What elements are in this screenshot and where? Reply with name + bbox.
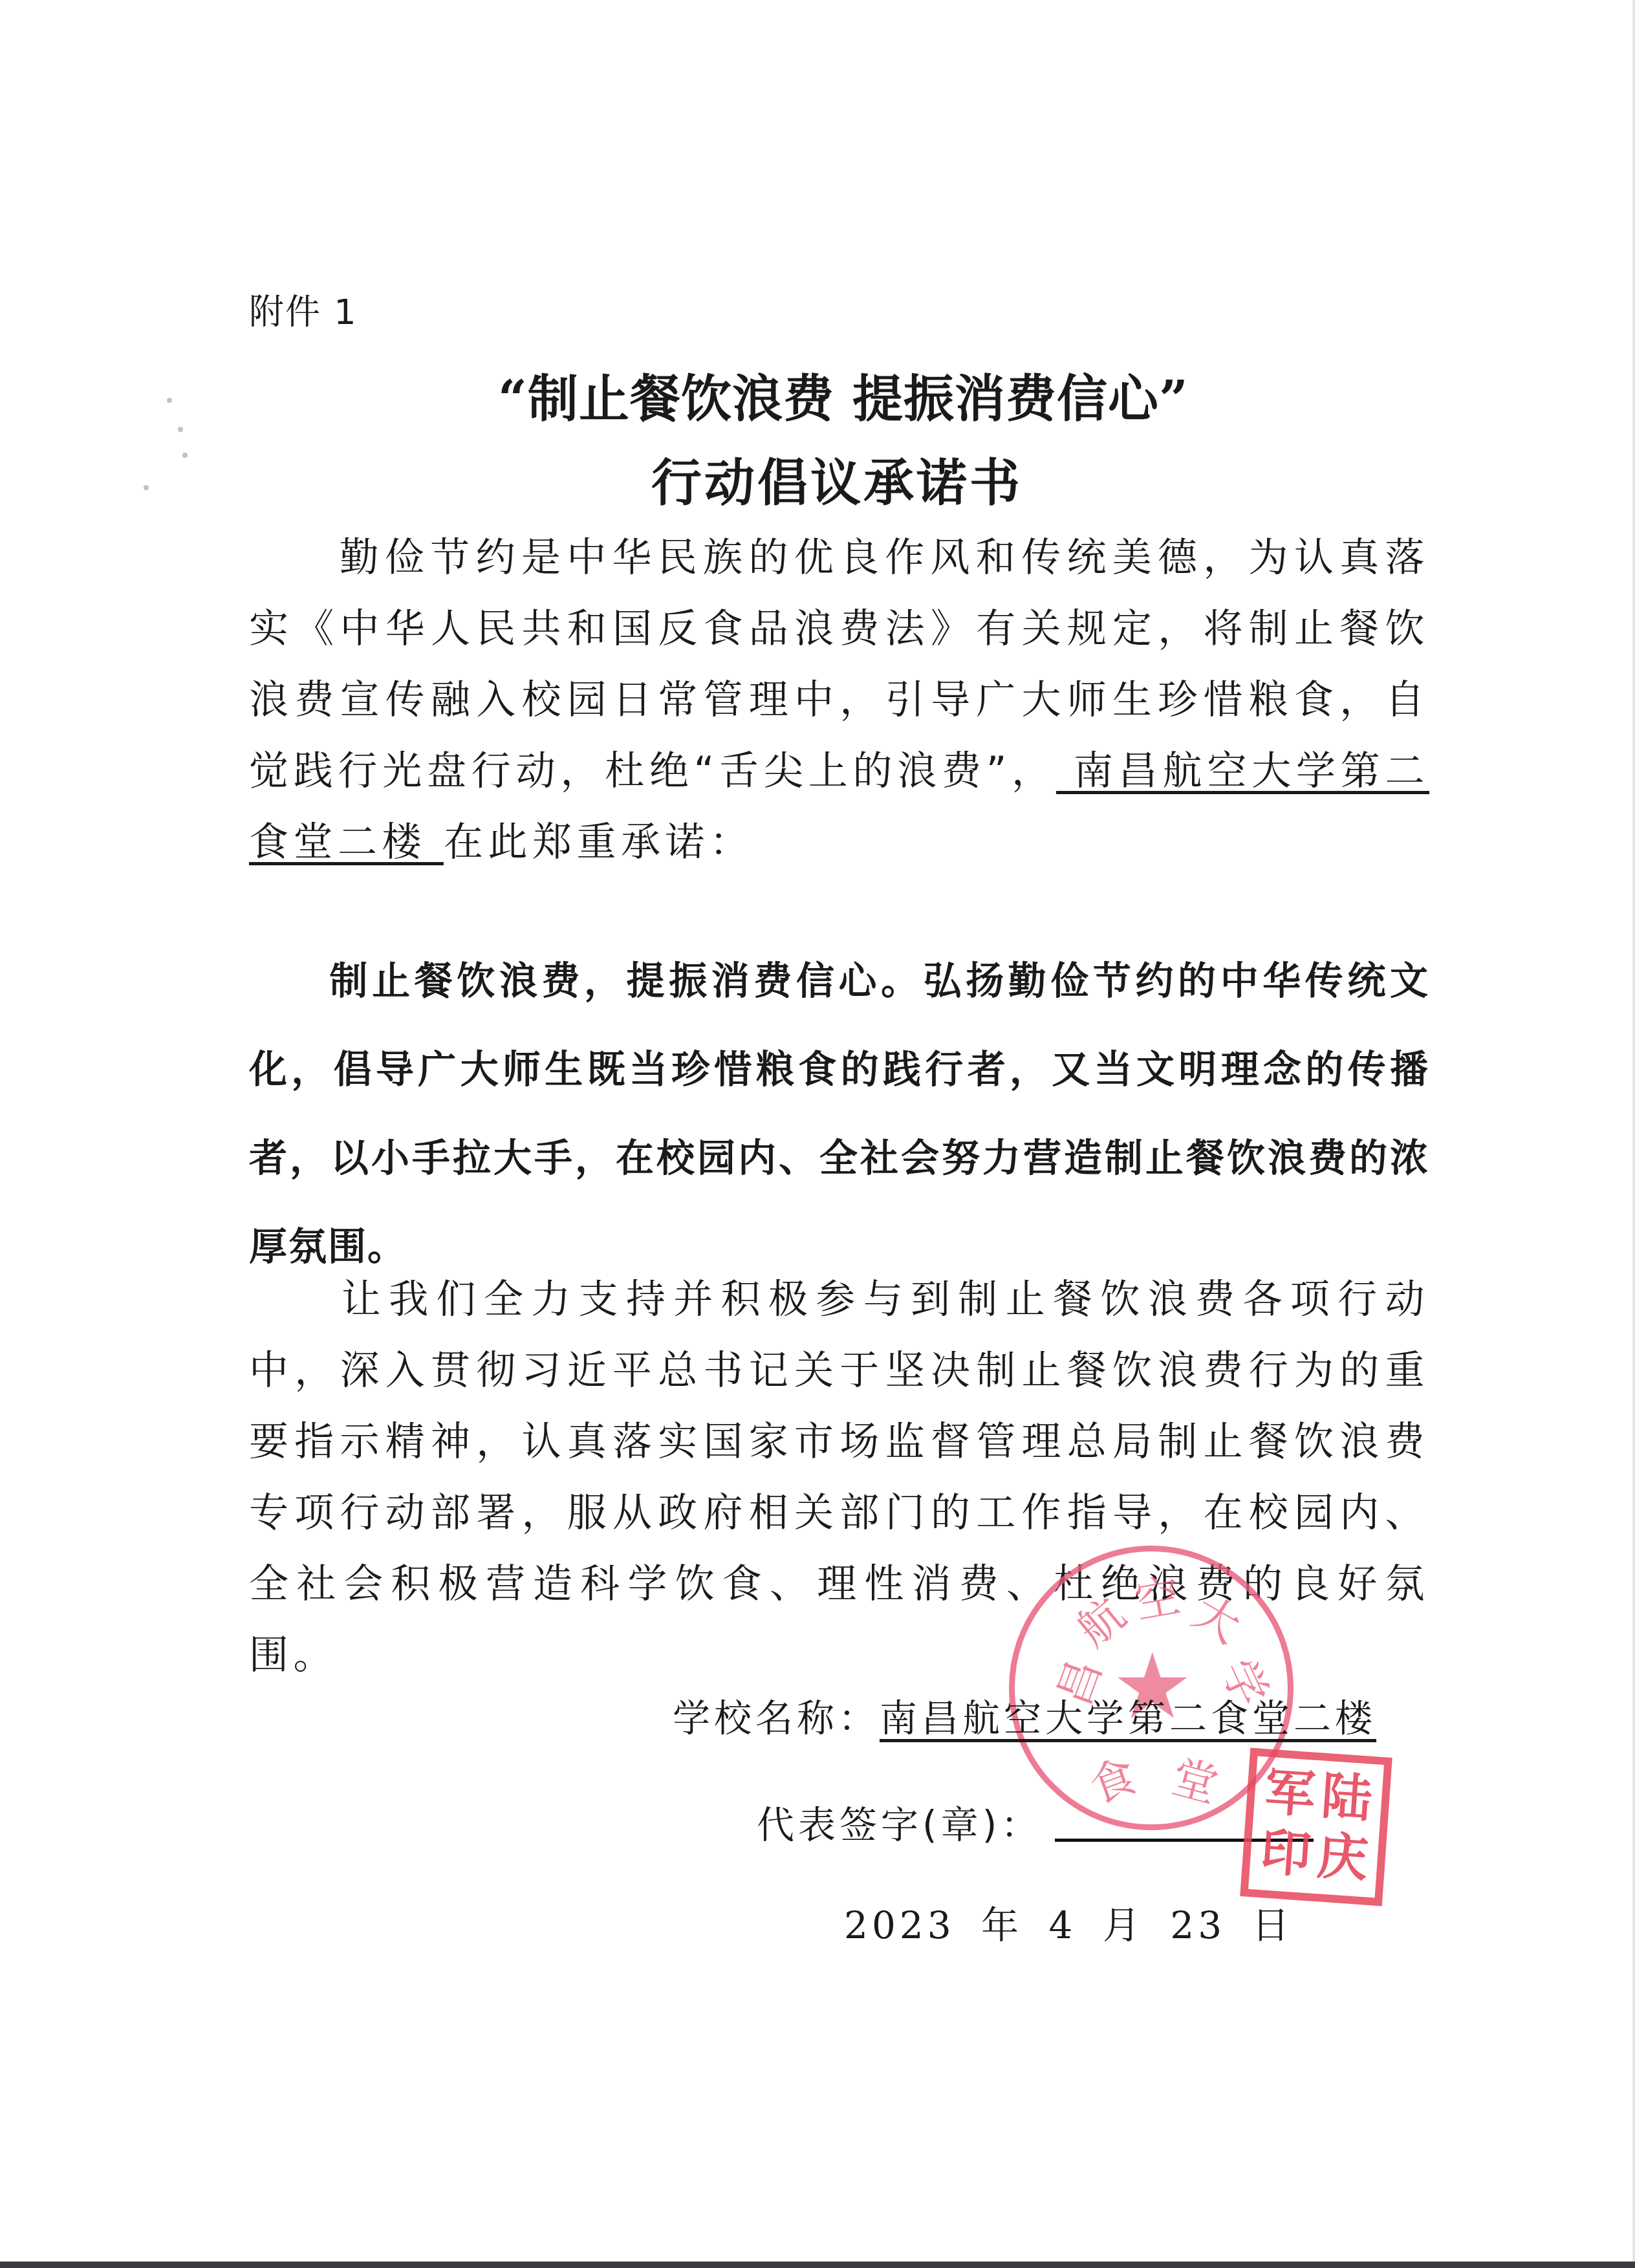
paragraph-intro: 勤俭节约是中华民族的优良作风和传统美德，为认真落实《中华人民共和国反食品浪费法》… <box>249 523 1429 878</box>
school-name-row: 学校名称：南昌航空大学第二食堂二楼 <box>673 1688 1376 1742</box>
signing-date: 2023 年 4 月 23 日 <box>844 1895 1294 1949</box>
pledge-text: 制止餐饮浪费，提振消费信心。弘扬勤俭节约的中华传统文化，倡导广大师生既当珍惜粮食… <box>249 958 1429 1269</box>
stamp-char: 大 <box>1182 1577 1254 1656</box>
school-name-value: 南昌航空大学第二食堂二楼 <box>880 1696 1376 1740</box>
representative-signature-row: 代表签字(章)： <box>757 1795 1314 1849</box>
scanned-page: 附件 1 “制止餐饮浪费 提振消费信心” 行动倡议承诺书 勤俭节约是中华民族的优… <box>0 0 1635 2268</box>
seal-char: 庆 <box>1312 1827 1373 1891</box>
seal-char: 军 <box>1259 1763 1320 1827</box>
paragraph-pledge: 制止餐饮浪费，提振消费信心。弘扬勤俭节约的中华传统文化，倡导广大师生既当珍惜粮食… <box>249 936 1429 1291</box>
personal-seal-stamp: 军 陆 印 庆 <box>1240 1748 1392 1906</box>
seal-char: 印 <box>1255 1823 1316 1887</box>
document-subtitle: 行动倡议承诺书 <box>0 443 1635 515</box>
stamp-char: 空 <box>1129 1560 1185 1632</box>
school-name-label: 学校名称： <box>673 1696 880 1740</box>
document-title: “制止餐饮浪费 提振消费信心” <box>0 359 1635 431</box>
scan-edge-right <box>1632 0 1635 2268</box>
scan-edge-bottom <box>0 2262 1635 2268</box>
intro-text-end: 在此郑重承诺： <box>444 819 754 865</box>
rep-signature-label: 代表签字(章)： <box>757 1803 1042 1847</box>
seal-char: 陆 <box>1316 1767 1377 1831</box>
attachment-label: 附件 1 <box>249 285 358 334</box>
